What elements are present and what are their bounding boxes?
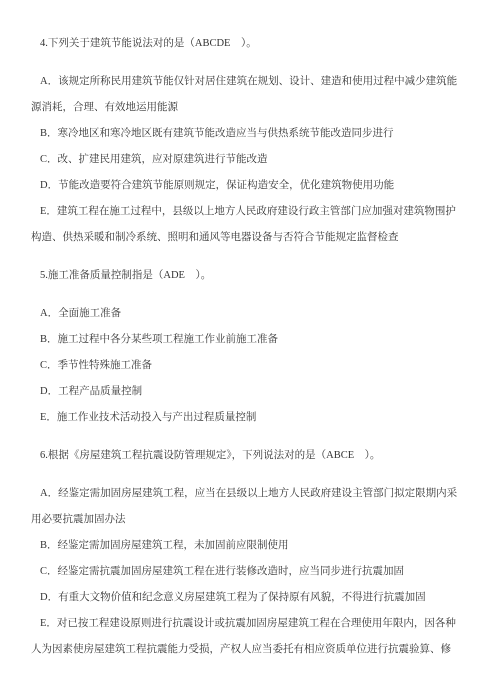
question-5-option-b: B．施工过程中各分某些项工程施工作业前施工准备 [31, 327, 461, 353]
question-4-option-e: E．建筑工程在施工过程中，县级以上地方人民政府建设行政主管部门应加强对建筑物围护… [31, 199, 461, 251]
question-6-option-e: E．对已按工程建设原则进行抗震设计或抗震加固房屋建筑工程在合理使用年限内，因各种… [31, 611, 461, 663]
question-5: 5.施工准备质量控制指是（ADE ）。 A．全面施工准备 B．施工过程中各分某些… [31, 263, 461, 431]
question-4-option-c: C．改、扩建民用建筑，应对原建筑进行节能改造 [31, 147, 461, 173]
question-6: 6.根据《房屋建筑工程抗震设防管理规定》，下列说法对的是（ABCE ）。 A．经… [31, 443, 461, 663]
question-5-option-a: A．全面施工准备 [31, 301, 461, 327]
question-6-option-b: B．经鉴定需加固房屋建筑工程，未加固前应限制使用 [31, 533, 461, 559]
document-page: 4.下列关于建筑节能说法对的是（ABCDE ）。 A．该规定所称民用建筑节能仅针… [0, 0, 486, 673]
question-6-option-c: C．经鉴定需抗震加固房屋建筑工程在进行装修改造时，应当同步进行抗震加固 [31, 559, 461, 585]
question-6-stem: 6.根据《房屋建筑工程抗震设防管理规定》，下列说法对的是（ABCE ）。 [31, 443, 461, 469]
question-6-option-d: D．有重大文物价值和纪念意义房屋建筑工程为了保持原有风貌，不得进行抗震加固 [31, 585, 461, 611]
question-5-option-e: E．施工作业技术活动投入与产出过程质量控制 [31, 405, 461, 431]
question-4-stem: 4.下列关于建筑节能说法对的是（ABCDE ）。 [31, 31, 461, 57]
question-5-stem: 5.施工准备质量控制指是（ADE ）。 [31, 263, 461, 289]
question-5-option-c: C．季节性特殊施工准备 [31, 353, 461, 379]
question-4-option-a: A．该规定所称民用建筑节能仅针对居住建筑在规划、设计、建造和使用过程中减少建筑能… [31, 69, 461, 121]
question-4: 4.下列关于建筑节能说法对的是（ABCDE ）。 A．该规定所称民用建筑节能仅针… [31, 31, 461, 251]
question-6-option-a: A．经鉴定需加固房屋建筑工程，应当在县级以上地方人民政府建设主管部门拟定限期内采… [31, 481, 461, 533]
question-5-option-d: D．工程产品质量控制 [31, 379, 461, 405]
question-4-option-d: D．节能改造要符合建筑节能原则规定，保证构造安全，优化建筑物使用功能 [31, 173, 461, 199]
question-4-option-b: B．寒冷地区和寒冷地区既有建筑节能改造应当与供热系统节能改造同步进行 [31, 121, 461, 147]
